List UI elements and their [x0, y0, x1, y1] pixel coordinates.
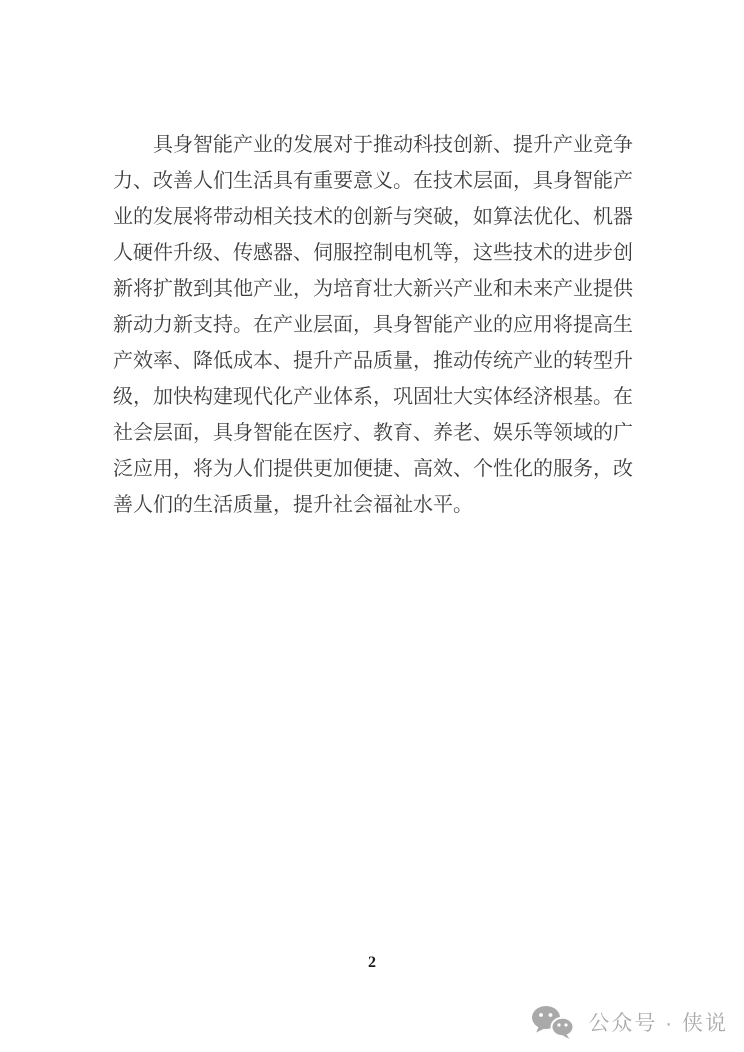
- wechat-icon: [530, 1004, 576, 1040]
- page-number: 2: [0, 954, 744, 972]
- body-paragraph: 具身智能产业的发展对于推动科技创新、提升产业竞争力、改善人们生活具有重要意义。在…: [113, 127, 633, 523]
- wechat-watermark: 公众号 · 侠说: [530, 1004, 728, 1040]
- document-page: 具身智能产业的发展对于推动科技创新、提升产业竞争力、改善人们生活具有重要意义。在…: [0, 0, 744, 1052]
- watermark-label: 公众号 · 侠说: [588, 1007, 728, 1037]
